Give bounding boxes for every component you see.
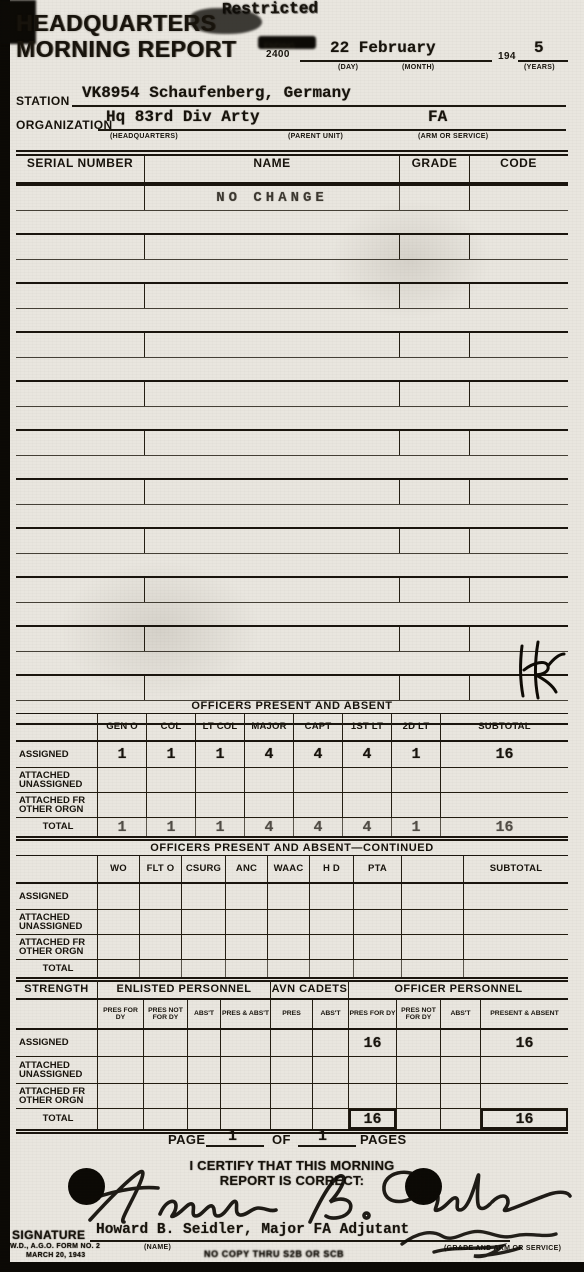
roster-cell xyxy=(145,382,400,406)
strength-corner-label: STRENGTH xyxy=(16,980,98,998)
year-value: 5 xyxy=(534,39,544,57)
page-value: 1 xyxy=(228,1128,237,1145)
strength-row-label: ASSIGNED xyxy=(16,1030,98,1056)
roster-row-cells xyxy=(16,529,568,554)
officers-value-cell: 1 xyxy=(196,742,245,767)
morning-report-document: Restricted HEADQUARTERS MORNING REPORT E… xyxy=(0,0,584,1272)
roster-cell: NO CHANGE xyxy=(145,186,400,210)
continued-value-cell xyxy=(140,910,182,934)
roster-row xyxy=(16,380,568,429)
year-prefix: 194 xyxy=(498,51,516,62)
strength-value-cell xyxy=(481,1084,568,1108)
roster-cell xyxy=(145,480,400,504)
continued-column-header: H D xyxy=(310,856,354,882)
strength-value-cell xyxy=(144,1030,188,1056)
officers-value-cell: 4 xyxy=(245,818,294,836)
roster-row-cells xyxy=(16,627,568,652)
officers-column-header: SUBTOTAL xyxy=(441,714,568,740)
officers-value-cell: 16 xyxy=(441,742,568,767)
strength-column-header: PRES NOT FOR DY xyxy=(397,1000,441,1028)
strength-value-cell: 16 xyxy=(349,1109,397,1129)
year-underline xyxy=(518,60,568,62)
officers-value-cell: 1 xyxy=(147,742,196,767)
continued-value-cell xyxy=(182,910,226,934)
month-label: (MONTH) xyxy=(402,64,434,71)
strength-column-header: ABS'T xyxy=(188,1000,221,1028)
officers-value-cell: 1 xyxy=(392,742,441,767)
officers-column-header: COL xyxy=(147,714,196,740)
officers-row-label: ASSIGNED xyxy=(16,742,98,767)
strength-value-cell xyxy=(271,1109,313,1129)
strength-row: ATTACHED UNASSIGNED xyxy=(16,1057,568,1084)
roster-row-cells xyxy=(16,284,568,309)
continued-value-cell xyxy=(310,884,354,909)
continued-column-header: SUBTOTAL xyxy=(464,856,568,882)
roster-cell xyxy=(400,627,470,651)
continued-value-cell xyxy=(464,884,568,909)
officers-column-header: 2D LT xyxy=(392,714,441,740)
form-title-line1: HEADQUARTERS xyxy=(16,10,216,37)
roster-cell xyxy=(400,235,470,259)
ending-value: 2400 xyxy=(266,49,290,60)
continued-row: ASSIGNED xyxy=(16,884,568,910)
continued-value-cell xyxy=(226,910,268,934)
continued-column-header: ANC xyxy=(226,856,268,882)
officers-value-cell: 1 xyxy=(392,818,441,836)
strength-value-cell xyxy=(98,1057,144,1083)
pen-initials-mark xyxy=(508,640,568,702)
strength-group-label: OFFICER PERSONNEL xyxy=(349,980,568,998)
strength-column-header: ABS'T xyxy=(313,1000,349,1028)
officers-value-cell xyxy=(392,793,441,817)
strength-value-cell xyxy=(313,1109,349,1129)
roster-column-header: NAME xyxy=(145,156,400,182)
continued-value-cell xyxy=(182,935,226,959)
officers-value-cell: 4 xyxy=(294,742,343,767)
strength-value-cell xyxy=(481,1057,568,1083)
officers-value-cell: 4 xyxy=(294,818,343,836)
officers-table: OFFICERS PRESENT AND ABSENTGEN OCOLLT CO… xyxy=(16,698,568,841)
roster-cell xyxy=(145,235,400,259)
continued-value-cell xyxy=(268,935,310,959)
roster-cell xyxy=(400,529,470,553)
officers-row: ATTACHED UNASSIGNED xyxy=(16,768,568,793)
date-underline xyxy=(300,60,492,62)
continued-value-cell xyxy=(354,910,402,934)
roster-cell xyxy=(145,529,400,553)
roster-cell xyxy=(145,333,400,357)
continued-value-cell xyxy=(226,960,268,977)
strength-value-cell xyxy=(98,1030,144,1056)
strength-value-cell xyxy=(144,1057,188,1083)
pages-label: PAGES xyxy=(360,1132,407,1147)
continued-value-cell xyxy=(98,884,140,909)
strength-subheader-row: PRES FOR DYPRES NOT FOR DYABS'TPRES & AB… xyxy=(16,1000,568,1030)
strength-value-cell xyxy=(441,1030,481,1056)
roster-cell xyxy=(470,235,567,259)
organization-value: Hq 83rd Div Arty xyxy=(106,108,260,126)
strength-value-cell xyxy=(98,1084,144,1108)
strength-row-label: TOTAL xyxy=(16,1109,98,1129)
strength-value-cell xyxy=(397,1084,441,1108)
continued-value-cell xyxy=(98,960,140,977)
roster-cell xyxy=(400,578,470,602)
roster-cell xyxy=(16,186,145,210)
continued-value-cell xyxy=(354,960,402,977)
officers-row: ATTACHED FR OTHER ORGN xyxy=(16,793,568,818)
strength-row-label: ATTACHED UNASSIGNED xyxy=(16,1057,98,1083)
officers-value-cell xyxy=(196,768,245,792)
station-label: STATION xyxy=(16,94,70,108)
officers-row: TOTAL111444116 xyxy=(16,818,568,841)
strength-column-header: PRES NOT FOR DY xyxy=(144,1000,188,1028)
officers-value-cell: 4 xyxy=(343,742,392,767)
form-number-line2: MARCH 20, 1943 xyxy=(26,1252,85,1259)
of-label: OF xyxy=(272,1132,291,1147)
strength-column-header: PRES & ABS'T xyxy=(221,1000,271,1028)
roster-cell xyxy=(400,480,470,504)
officers-value-cell: 1 xyxy=(147,818,196,836)
roster-row-cells xyxy=(16,382,568,407)
strength-value-cell xyxy=(349,1057,397,1083)
signature-label: SIGNATURE xyxy=(12,1228,85,1242)
continued-value-cell xyxy=(140,884,182,909)
roster-cell xyxy=(470,284,567,308)
roster-cell xyxy=(16,529,145,553)
roster-cell xyxy=(470,382,567,406)
continued-value-cell xyxy=(464,910,568,934)
scan-edge-bottom xyxy=(0,1262,584,1272)
roster-cell xyxy=(400,676,470,700)
roster-cell xyxy=(145,578,400,602)
strength-value-cell xyxy=(221,1030,271,1056)
continued-header-row: WOFLT OCSURGANCWAACH DPTASUBTOTAL xyxy=(16,856,568,884)
continued-row-label: ASSIGNED xyxy=(16,884,98,909)
officers-title: OFFICERS PRESENT AND ABSENT xyxy=(16,698,568,714)
scan-edge-left xyxy=(0,0,10,1272)
strength-column-header: ABS'T xyxy=(441,1000,481,1028)
continued-value-cell xyxy=(354,935,402,959)
pages-underline xyxy=(298,1145,356,1147)
roster-row xyxy=(16,233,568,282)
continued-value-cell xyxy=(310,960,354,977)
roster-row xyxy=(16,282,568,331)
roster-cell xyxy=(16,480,145,504)
strength-column-header: PRES FOR DY xyxy=(98,1000,144,1028)
officers-value-cell xyxy=(98,768,147,792)
continued-value-cell xyxy=(268,884,310,909)
roster-row: NO CHANGE xyxy=(16,184,568,233)
roster-cell xyxy=(16,333,145,357)
continued-row: TOTAL xyxy=(16,960,568,982)
continued-value-cell xyxy=(182,960,226,977)
headquarters-label: (HEADQUARTERS) xyxy=(110,133,178,140)
officers-value-cell xyxy=(441,793,568,817)
form-number-line1: W.D., A.G.O. FORM NO. 2 xyxy=(10,1243,100,1250)
station-underline xyxy=(72,105,566,107)
officers-value-cell: 16 xyxy=(441,818,568,836)
strength-value-cell: 16 xyxy=(481,1109,568,1129)
roster-row xyxy=(16,331,568,380)
officers-value-cell xyxy=(245,768,294,792)
continued-value-cell xyxy=(354,884,402,909)
strength-value-cell xyxy=(188,1057,221,1083)
strength-subheader-blank xyxy=(16,1000,98,1028)
officers-value-cell xyxy=(343,768,392,792)
continued-column-header: PTA xyxy=(354,856,402,882)
strength-group-label: ENLISTED PERSONNEL xyxy=(98,980,271,998)
arm-of-service-value: FA xyxy=(428,108,447,126)
roster-row-cells xyxy=(16,480,568,505)
continued-row: ATTACHED FR OTHER ORGN xyxy=(16,935,568,960)
officers-header-row: GEN OCOLLT COLMAJORCAPT1ST LT2D LTSUBTOT… xyxy=(16,714,568,742)
continued-row-label: TOTAL xyxy=(16,960,98,977)
strength-value-cell xyxy=(188,1030,221,1056)
roster-cell xyxy=(16,676,145,700)
officers-value-cell: 1 xyxy=(196,818,245,836)
continued-value-cell xyxy=(140,935,182,959)
strength-value-cell xyxy=(144,1084,188,1108)
continued-column-header: WO xyxy=(98,856,140,882)
strength-group-header-row: STRENGTHENLISTED PERSONNELAVN CADETSOFFI… xyxy=(16,980,568,1000)
strength-row: TOTAL1616 xyxy=(16,1109,568,1134)
strength-row-label: ATTACHED FR OTHER ORGN xyxy=(16,1084,98,1108)
roster-row-cells xyxy=(16,333,568,358)
continued-title: OFFICERS PRESENT AND ABSENT—CONTINUED xyxy=(16,840,568,856)
roster-cell xyxy=(400,186,470,210)
roster-cell xyxy=(16,382,145,406)
officers-value-cell: 1 xyxy=(98,742,147,767)
date-value: 22 February xyxy=(330,39,436,57)
continued-value-cell xyxy=(182,884,226,909)
strength-column-header: PRESENT & ABSENT xyxy=(481,1000,568,1028)
page-underline xyxy=(206,1145,264,1147)
roster-cell xyxy=(470,333,567,357)
roster-cell xyxy=(400,333,470,357)
roster-row xyxy=(16,576,568,625)
strength-value-cell xyxy=(188,1084,221,1108)
strength-row: ATTACHED FR OTHER ORGN xyxy=(16,1084,568,1109)
continued-header-blank xyxy=(16,856,98,882)
strength-value-cell xyxy=(271,1030,313,1056)
officers-row-label: ATTACHED FR OTHER ORGN xyxy=(16,793,98,817)
pen-scribble-mark xyxy=(398,1226,574,1262)
strength-value-cell xyxy=(313,1030,349,1056)
strength-value-cell: 16 xyxy=(349,1030,397,1056)
roster-cell xyxy=(470,480,567,504)
page-label: PAGE xyxy=(168,1132,205,1147)
officers-row-label: TOTAL xyxy=(16,818,98,836)
roster-table: SERIAL NUMBERNAMEGRADECODENO CHANGE xyxy=(16,150,568,725)
continued-row-label: ATTACHED UNASSIGNED xyxy=(16,910,98,934)
roster-cell xyxy=(400,382,470,406)
strength-group-label: AVN CADETS xyxy=(271,980,349,998)
strength-column-header: PRES FOR DY xyxy=(349,1000,397,1028)
strength-column-header: PRES xyxy=(271,1000,313,1028)
strength-value-cell xyxy=(441,1057,481,1083)
station-value: VK8954 Schaufenberg, Germany xyxy=(82,84,351,102)
officers-value-cell xyxy=(441,768,568,792)
strength-value-cell xyxy=(188,1109,221,1129)
roster-cell xyxy=(145,431,400,455)
continued-column-header: FLT O xyxy=(140,856,182,882)
continued-value-cell xyxy=(464,960,568,977)
parent-unit-label: (PARENT UNIT) xyxy=(288,133,343,140)
officers-value-cell xyxy=(294,768,343,792)
roster-cell xyxy=(470,529,567,553)
continued-column-header: WAAC xyxy=(268,856,310,882)
officers-row-label: ATTACHED UNASSIGNED xyxy=(16,768,98,792)
strength-value-cell xyxy=(397,1057,441,1083)
officers-column-header: GEN O xyxy=(98,714,147,740)
continued-value-cell xyxy=(402,910,464,934)
strength-value-cell xyxy=(397,1109,441,1129)
roster-row xyxy=(16,478,568,527)
roster-cell xyxy=(16,284,145,308)
continued-value-cell xyxy=(464,935,568,959)
officers-value-cell xyxy=(343,793,392,817)
continued-value-cell xyxy=(226,935,268,959)
pages-value: 1 xyxy=(318,1128,327,1145)
roster-column-header: GRADE xyxy=(400,156,470,182)
officers-header-blank xyxy=(16,714,98,740)
roster-header-row: SERIAL NUMBERNAMEGRADECODE xyxy=(16,150,568,184)
continued-row-label: ATTACHED FR OTHER ORGN xyxy=(16,935,98,959)
day-label: (DAY) xyxy=(338,64,358,71)
arm-or-service-label: (ARM OR SERVICE) xyxy=(418,133,488,140)
signature-name-label: (NAME) xyxy=(144,1244,171,1251)
roster-row-cells: NO CHANGE xyxy=(16,186,568,211)
strength-value-cell xyxy=(349,1084,397,1108)
officers-value-cell: 4 xyxy=(245,742,294,767)
continued-row: ATTACHED UNASSIGNED xyxy=(16,910,568,935)
roster-row-cells xyxy=(16,431,568,456)
continued-value-cell xyxy=(268,960,310,977)
ending-stamp-smudge: ENDING xyxy=(258,36,316,49)
continued-value-cell xyxy=(226,884,268,909)
roster-column-header: SERIAL NUMBER xyxy=(16,156,145,182)
continued-column-header xyxy=(402,856,464,882)
officers-value-cell xyxy=(196,793,245,817)
roster-cell xyxy=(16,235,145,259)
officers-value-cell xyxy=(245,793,294,817)
roster-cell xyxy=(470,578,567,602)
organization-underline xyxy=(98,129,566,131)
roster-cell xyxy=(16,431,145,455)
strength-table: STRENGTHENLISTED PERSONNELAVN CADETSOFFI… xyxy=(16,980,568,1134)
strength-row: ASSIGNED1616 xyxy=(16,1030,568,1057)
roster-cell xyxy=(470,186,567,210)
roster-cell xyxy=(16,578,145,602)
officers-value-cell xyxy=(98,793,147,817)
form-title-line2: MORNING REPORT xyxy=(16,36,236,63)
strength-value-cell xyxy=(397,1030,441,1056)
roster-cell xyxy=(470,431,567,455)
roster-cell xyxy=(16,627,145,651)
continued-value-cell xyxy=(140,960,182,977)
roster-cell xyxy=(145,676,400,700)
roster-column-header: CODE xyxy=(470,156,567,182)
roster-cell xyxy=(145,284,400,308)
roster-row-cells xyxy=(16,578,568,603)
officers-row: ASSIGNED111444116 xyxy=(16,742,568,768)
strength-value-cell xyxy=(313,1084,349,1108)
roster-row xyxy=(16,527,568,576)
officers-continued-table: OFFICERS PRESENT AND ABSENT—CONTINUEDWOF… xyxy=(16,840,568,982)
continued-value-cell xyxy=(310,910,354,934)
strength-value-cell: 16 xyxy=(481,1030,568,1056)
continued-column-header: CSURG xyxy=(182,856,226,882)
officers-column-header: LT COL xyxy=(196,714,245,740)
officers-value-cell xyxy=(147,768,196,792)
strength-value-cell xyxy=(441,1109,481,1129)
roster-cell xyxy=(145,627,400,651)
strength-value-cell xyxy=(144,1109,188,1129)
continued-value-cell xyxy=(402,960,464,977)
officers-value-cell xyxy=(147,793,196,817)
roster-row xyxy=(16,429,568,478)
officers-column-header: 1ST LT xyxy=(343,714,392,740)
officers-column-header: MAJOR xyxy=(245,714,294,740)
strength-value-cell xyxy=(221,1084,271,1108)
officers-value-cell: 4 xyxy=(343,818,392,836)
strength-value-cell xyxy=(271,1084,313,1108)
strength-value-cell xyxy=(221,1109,271,1129)
continued-value-cell xyxy=(98,935,140,959)
officers-column-header: CAPT xyxy=(294,714,343,740)
officers-value-cell xyxy=(294,793,343,817)
strength-value-cell xyxy=(221,1057,271,1083)
strength-value-cell xyxy=(313,1057,349,1083)
continued-value-cell xyxy=(98,910,140,934)
officers-value-cell xyxy=(392,768,441,792)
strength-value-cell xyxy=(441,1084,481,1108)
continued-value-cell xyxy=(402,884,464,909)
continued-value-cell xyxy=(268,910,310,934)
distribution-stamp: NO COPY THRU S2B OR SCB xyxy=(204,1249,344,1259)
strength-value-cell xyxy=(271,1057,313,1083)
year-label: (YEARS) xyxy=(524,64,555,71)
continued-value-cell xyxy=(402,935,464,959)
roster-row-cells xyxy=(16,235,568,260)
officers-value-cell: 1 xyxy=(98,818,147,836)
roster-cell xyxy=(400,284,470,308)
roster-cell xyxy=(400,431,470,455)
strength-value-cell xyxy=(98,1109,144,1129)
roster-row xyxy=(16,625,568,674)
continued-value-cell xyxy=(310,935,354,959)
